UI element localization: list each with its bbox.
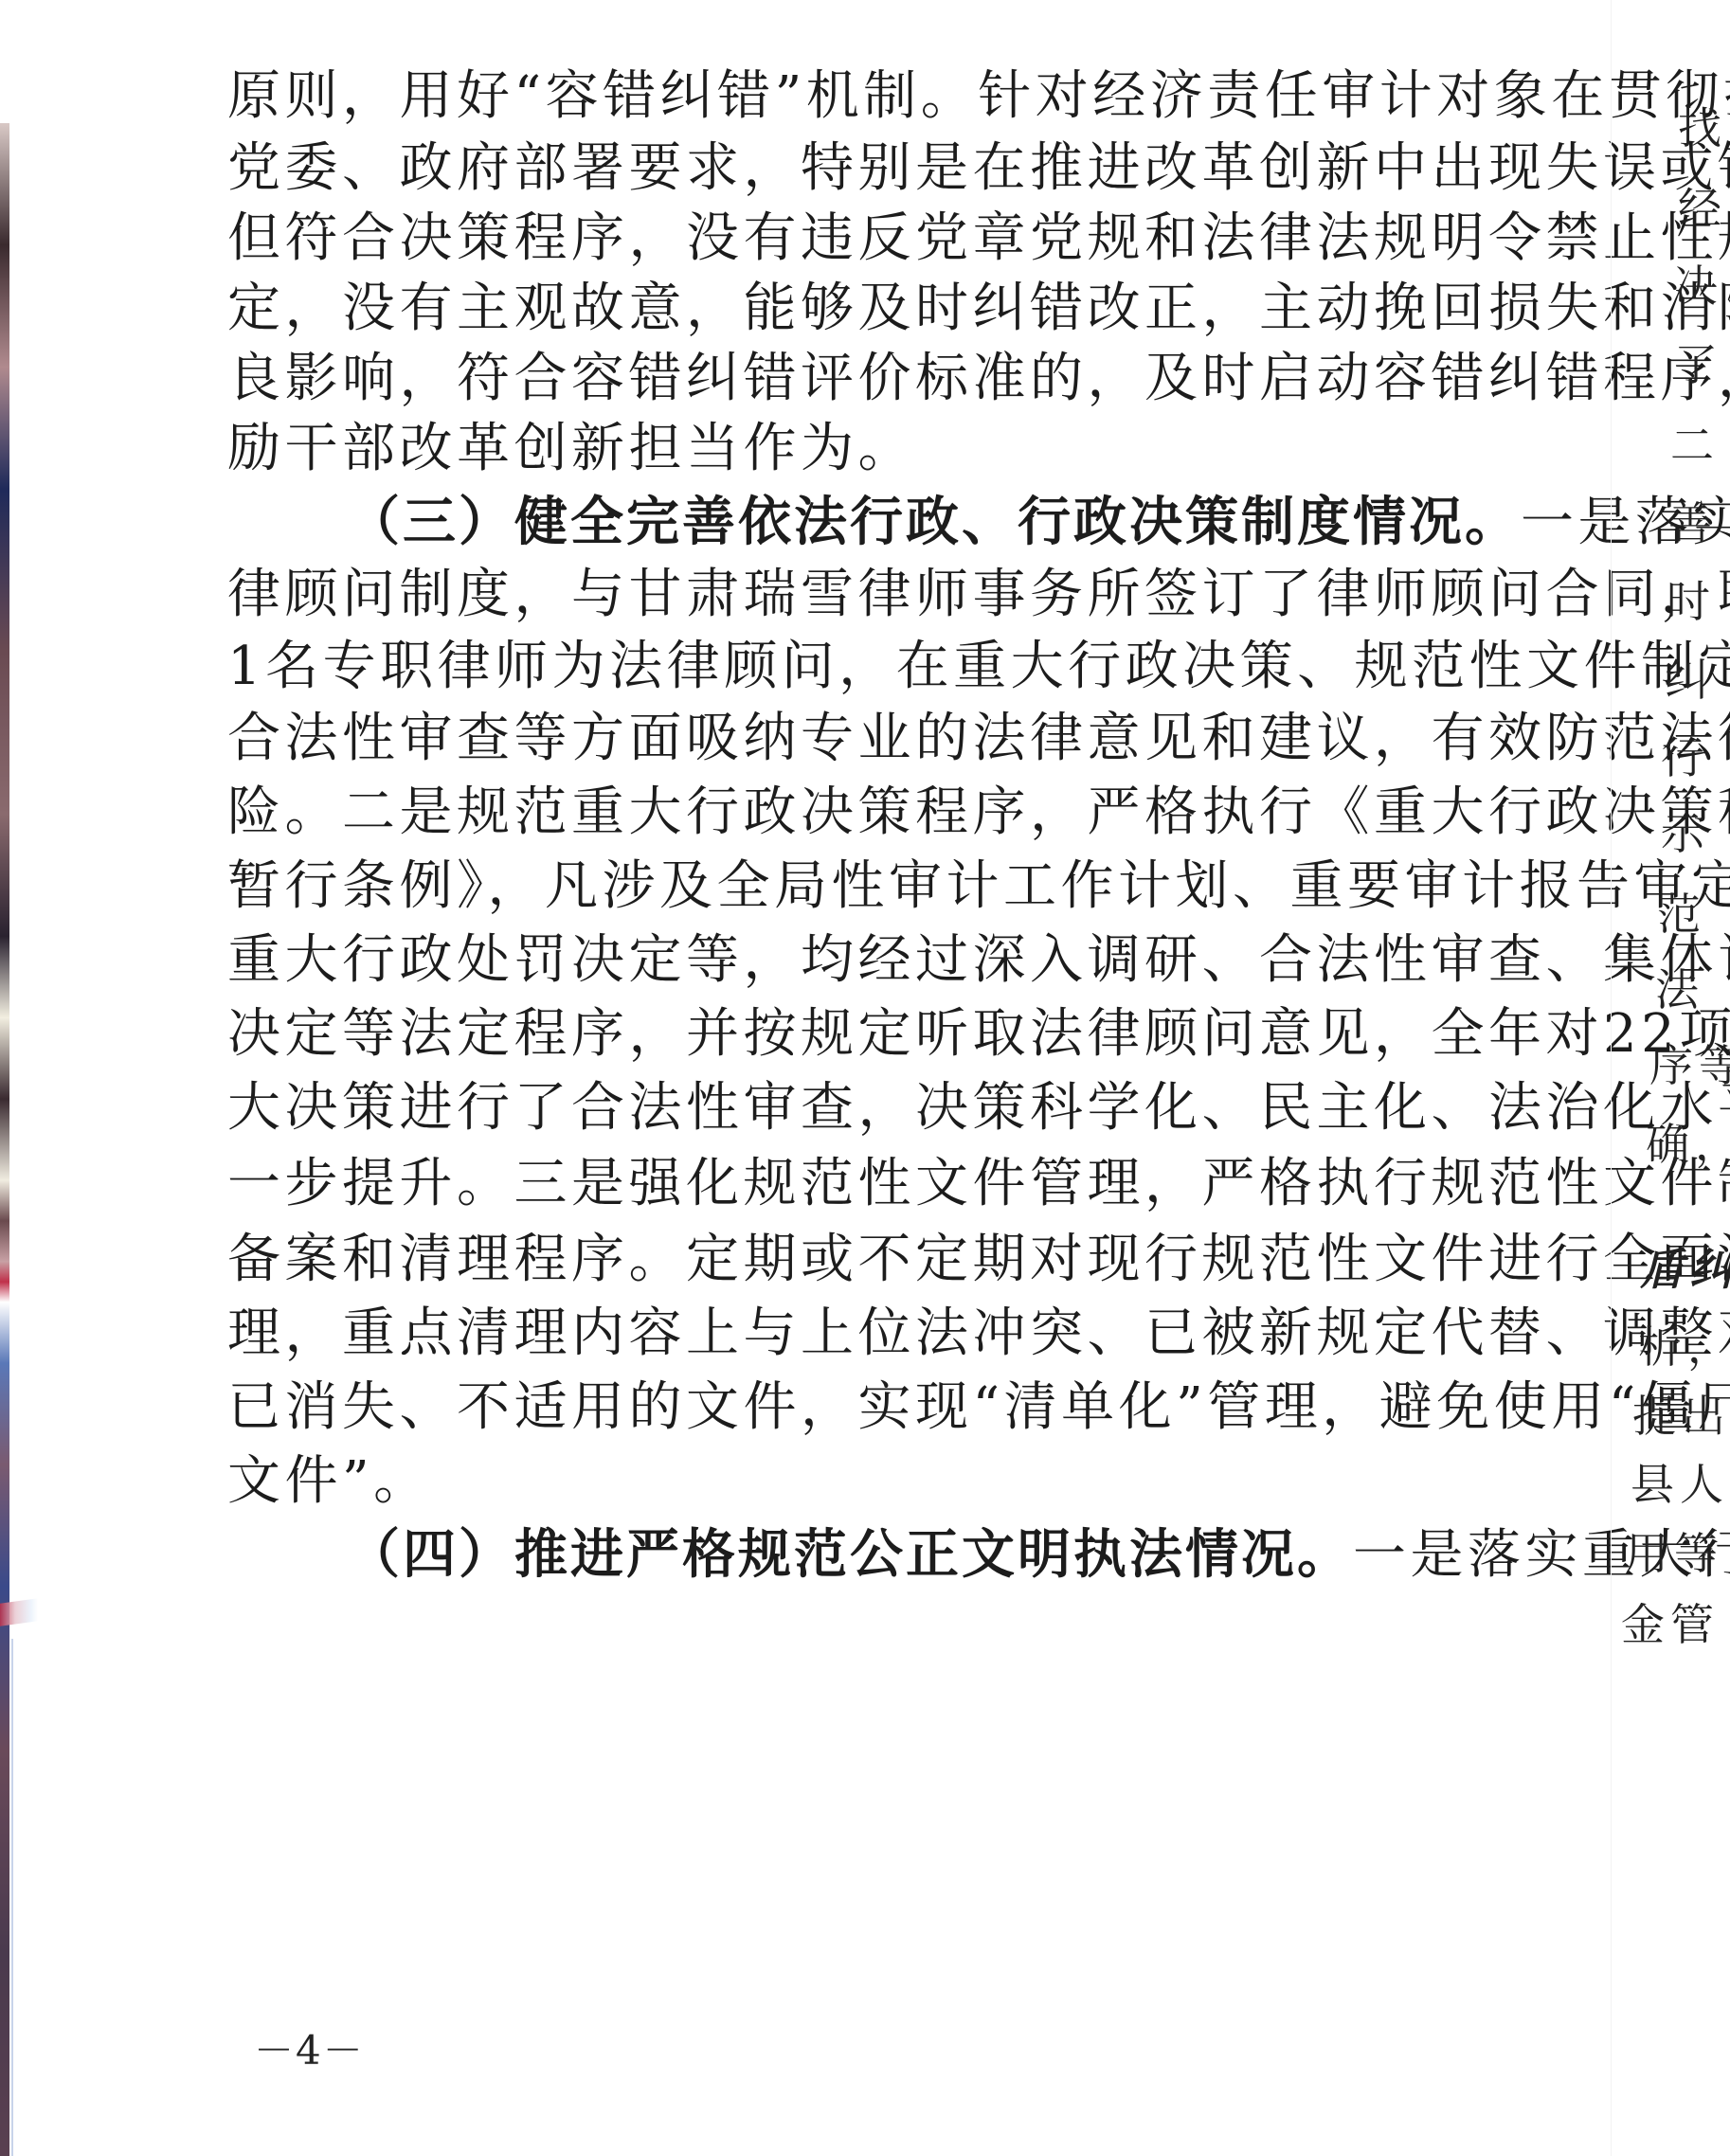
adjacent-text-fragment: 范 <box>1657 886 1706 943</box>
paragraph-line: 合法性审查等方面吸纳专业的法律意见和建议，有效防范法律风 <box>227 701 1730 777</box>
adjacent-text-fragment: 纠 <box>1665 652 1714 709</box>
binding-ribbon <box>0 1598 38 1626</box>
adjacent-page-fragment: 找 经 决 了 二 善 时 纠 行 示 范 法 序等 确， 盾纠 析， 提出 县… <box>1611 0 1730 2156</box>
paragraph-line: 险。二是规范重大行政决策程序，严格执行《重大行政决策程序 <box>227 775 1730 851</box>
page-number: －4－ <box>254 2027 365 2075</box>
paragraph-line: 暂行条例》，凡涉及全局性审计工作计划、重要审计报告审定、 <box>227 849 1730 925</box>
document-page: 原则，用好“容错纠错”机制。针对经济责任审计对象在贯彻执行 党委、政府部署要求，… <box>227 0 1535 2156</box>
adjacent-text-fragment: 法 <box>1655 961 1704 1018</box>
paragraph-line: 励干部改革创新担当作为。 <box>227 411 915 487</box>
adjacent-text-fragment: 时 <box>1667 573 1716 630</box>
section-heading-line: （三）健全完善依法行政、行政决策制度情况。一是落实法 <box>347 485 1730 561</box>
adjacent-text-fragment: 县人 <box>1631 1456 1729 1513</box>
paragraph-line: 大决策进行了合法性审查，决策科学化、民主化、法治化水平进 <box>227 1070 1730 1146</box>
paragraph-line: 但符合决策程序，没有违反党章党规和法律法规明令禁止性规 <box>227 201 1730 277</box>
binding-line <box>11 1639 13 2156</box>
paragraph-line: 理，重点清理内容上与上位法冲突、已被新规定代替、调整对象 <box>227 1296 1730 1372</box>
paragraph-line: 原则，用好“容错纠错”机制。针对经济责任审计对象在贯彻执行 <box>227 59 1730 135</box>
paragraph-line: 决定等法定程序，并按规定听取法律顾问意见，全年对22项重 <box>227 997 1730 1072</box>
paragraph-line: 已消失、不适用的文件，实现“清单化”管理，避免使用“僵尸 <box>227 1370 1730 1446</box>
adjacent-text-fragment: 盾纠 <box>1640 1241 1730 1298</box>
adjacent-text-fragment: 析， <box>1638 1319 1730 1375</box>
adjacent-text-fragment: 找 <box>1678 99 1727 156</box>
adjacent-text-fragment: 确， <box>1646 1116 1730 1173</box>
paragraph-line: 良影响，符合容错纠错评价标准的，及时启动容错纠错程序，激 <box>227 341 1730 417</box>
adjacent-text-fragment: 序等 <box>1649 1037 1730 1094</box>
adjacent-text-fragment: 示 <box>1661 805 1710 862</box>
adjacent-text-fragment: 用等 <box>1625 1525 1723 1582</box>
paragraph-line: 备案和清理程序。定期或不定期对现行规范性文件进行全面清 <box>227 1222 1730 1298</box>
section-3-heading: （三）健全完善依法行政、行政决策制度情况。 <box>347 492 1521 553</box>
section-heading-line: （四）推进严格规范公正文明执法情况。一是落实重大行政 <box>347 1518 1730 1593</box>
adjacent-text-fragment: 善 <box>1668 494 1718 551</box>
paragraph-line: 一步提升。三是强化规范性文件管理，严格执行规范性文件制定、 <box>227 1146 1730 1222</box>
adjacent-text-fragment: 决 <box>1674 258 1723 314</box>
paragraph-line: 定，没有主观故意，能够及时纠错改正，主动挽回损失和消除不 <box>227 271 1730 347</box>
binding-edge <box>0 123 9 2156</box>
paragraph-line: 党委、政府部署要求，特别是在推进改革创新中出现失误或错误， <box>227 131 1730 207</box>
adjacent-text-fragment: 行 <box>1661 729 1710 786</box>
adjacent-text-fragment: 二 <box>1670 417 1720 474</box>
paragraph-line: 律顾问制度，与甘肃瑞雪律师事务所签订了律师顾问合同，聘请 <box>227 557 1730 633</box>
paragraph-line: 文件”。 <box>227 1444 431 1519</box>
adjacent-text-fragment: 金管 <box>1621 1596 1720 1653</box>
section-4-heading: （四）推进严格规范公正文明执法情况。 <box>347 1524 1353 1586</box>
adjacent-text-fragment: 经 <box>1678 180 1727 237</box>
adjacent-text-fragment: 提出 <box>1632 1388 1730 1445</box>
paragraph-line: 重大行政处罚决定等，均经过深入调研、合法性审查、集体讨论 <box>227 923 1730 998</box>
paragraph-line: 1名专职律师为法律顾问，在重大行政决策、规范性文件制定、 <box>227 629 1730 705</box>
adjacent-text-fragment: 了 <box>1674 336 1723 393</box>
